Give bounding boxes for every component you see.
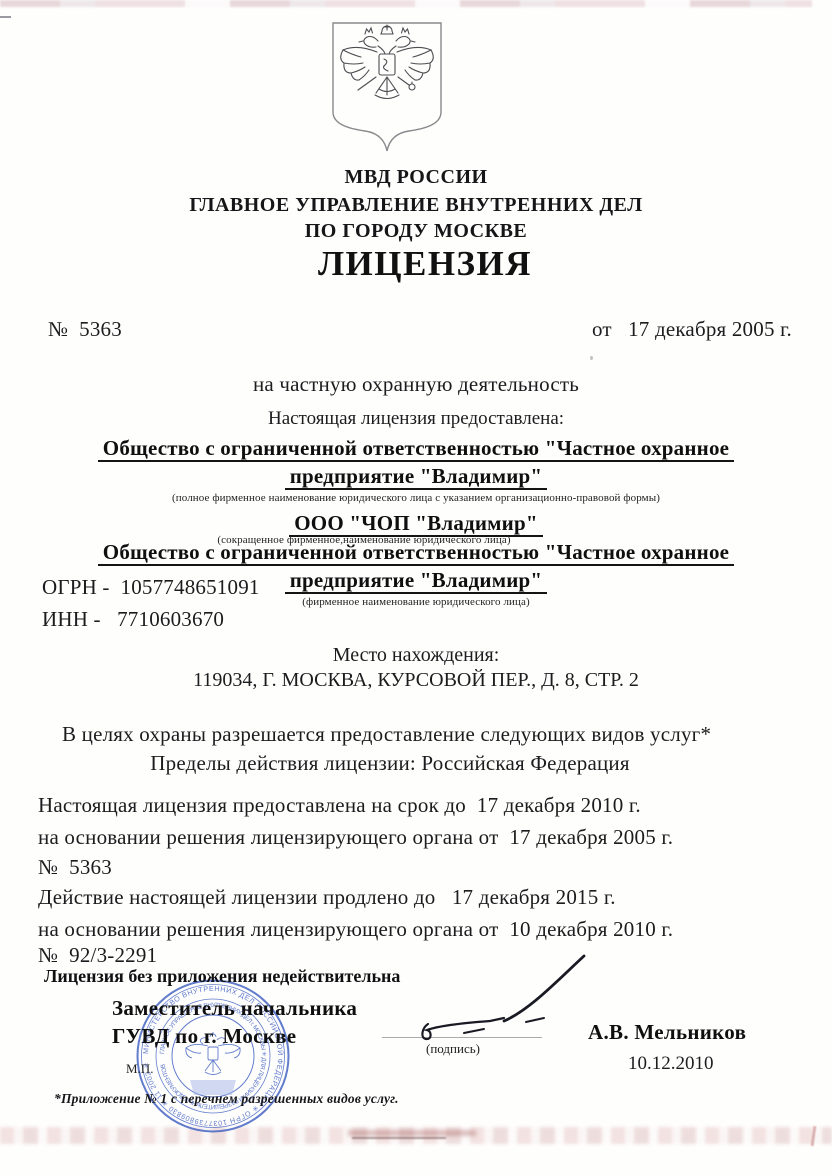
validity-line: № 92/3-2291 xyxy=(38,943,157,968)
signatory-title-line2: ГУВД по г. Москве xyxy=(112,1024,296,1049)
signature-stroke xyxy=(378,952,593,1047)
signatory-title-line1: Заместитель начальника xyxy=(112,996,357,1021)
signatory-name: А.В. Мельников xyxy=(588,1020,746,1045)
license-scope-line: Пределы действия лицензии: Российская Фе… xyxy=(0,751,806,776)
document-title: ЛИЦЕНЗИЯ xyxy=(9,244,832,284)
bottom-smudge-dark-artifact xyxy=(348,1130,476,1136)
full-company-name-line2: предприятие "Владимир" xyxy=(0,464,832,489)
inn-value: ИНН - 7710603670 xyxy=(42,607,224,632)
signing-date: 10.12.2010 xyxy=(628,1053,714,1075)
validity-line: на основании решения лицензирующего орга… xyxy=(38,825,673,850)
validity-line: Действие настоящей лицензии продлено до … xyxy=(38,885,616,910)
license-number: № 5363 xyxy=(48,317,122,342)
license-subject: на частную охранную деятельность xyxy=(0,372,832,397)
no-attachment-note: Лицензия без приложения недействительна xyxy=(44,966,400,987)
short-company-name: ООО "ЧОП "Владимир" xyxy=(0,511,832,536)
department-line1: ГЛАВНОЕ УПРАВЛЕНИЕ ВНУТРЕННИХ ДЕЛ xyxy=(0,194,832,217)
footnote: *Приложение № 1 с перечнем разрешенных в… xyxy=(54,1091,399,1107)
full-name-caption: (полное фирменное наименование юридическ… xyxy=(0,492,832,504)
granted-label: Настоящая лицензия предоставлена: xyxy=(0,408,832,430)
location-address: 119034, Г. МОСКВА, КУРСОВОЙ ПЕР., Д. 8, … xyxy=(0,669,832,692)
license-document-page: МВД РОССИИ ГЛАВНОЕ УПРАВЛЕНИЕ ВНУТРЕННИХ… xyxy=(0,0,832,1176)
double-headed-eagle-icon xyxy=(341,25,434,99)
brand-company-name-line1: Общество с ограниченной ответственностью… xyxy=(0,540,832,565)
top-smudge-artifact xyxy=(0,0,812,7)
validity-line: № 5363 xyxy=(38,855,112,880)
speck-artifact xyxy=(590,356,593,360)
department-line2: ПО ГОРОДУ МОСКВЕ xyxy=(0,220,832,243)
license-date: от 17 декабря 2005 г. xyxy=(592,317,792,342)
seal-placeholder-label: М.П. xyxy=(126,1061,153,1077)
left-edge-mark-artifact xyxy=(0,16,11,18)
bottom-smudge-line-artifact xyxy=(352,1137,446,1139)
validity-line: на основании решения лицензирующего орга… xyxy=(38,917,673,942)
ministry-name: МВД РОССИИ xyxy=(0,166,832,189)
validity-line: Настоящая лицензия предоставлена на срок… xyxy=(38,793,641,818)
ogrn-value: ОГРН - 1057748651091 xyxy=(42,575,260,600)
location-label: Место нахождения: xyxy=(0,644,832,667)
services-permission-line: В целях охраны разрешается предоставлени… xyxy=(62,722,711,747)
coat-of-arms-emblem xyxy=(330,20,444,155)
full-company-name-line1: Общество с ограниченной ответственностью… xyxy=(0,436,832,461)
